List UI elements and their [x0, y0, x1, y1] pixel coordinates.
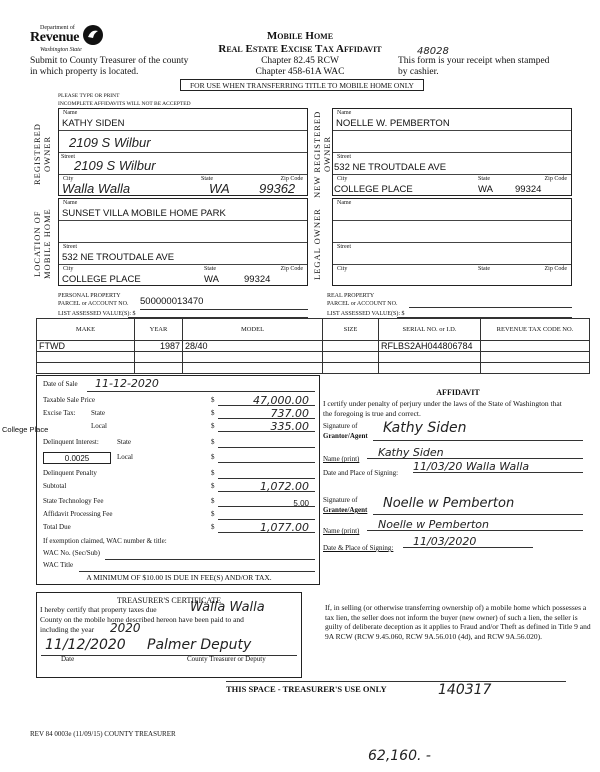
ro-line2-value[interactable]: 2109 S Wilbur — [69, 135, 151, 150]
ro-city-value[interactable]: Walla Walla — [62, 181, 130, 196]
header-make: MAKE — [37, 319, 135, 341]
affidavit-certify: I certify under penalty of perjury under… — [323, 399, 563, 418]
header-model: MODEL — [183, 319, 323, 341]
form-footer: REV 84 0003e (11/09/15) COUNTY TREASURER — [30, 730, 176, 738]
dor-logo: Department of Revenue Washington State — [30, 22, 110, 54]
pp-parcel-label: PARCEL or ACCOUNT NO. — [58, 301, 128, 307]
wac-title-label: WAC Title — [43, 561, 73, 569]
grantee-name-label: Name (print) — [323, 527, 359, 535]
taxable-price-label: Taxable Sale Price — [43, 396, 95, 404]
receipt-line2: by cashier. — [398, 67, 549, 78]
grantor-sig-label2: Grantor/Agent — [323, 432, 368, 440]
legal-owner-label: LEGAL OWNER — [312, 200, 334, 288]
affidavit-title: AFFIDAVIT — [323, 388, 593, 397]
submit-line2: in which property is located. — [30, 67, 188, 78]
subtotal-label: Subtotal — [43, 482, 66, 490]
rp-parcel-row[interactable]: PARCEL or ACCOUNT NO. — [327, 300, 572, 310]
no-name-value[interactable]: NOELLE W. PEMBERTON — [336, 118, 450, 129]
no-line2-row[interactable] — [333, 131, 571, 153]
loc-zip-label: Zip Code — [281, 266, 304, 272]
treasurer-year[interactable]: 2020 — [110, 621, 141, 635]
lo-state-label: State — [478, 266, 490, 272]
fee-box: Date of Sale 11-12-2020 Taxable Sale Pri… — [36, 375, 320, 585]
registered-owner-box: Name KATHY SIDEN 2109 S Wilbur Street 21… — [58, 108, 308, 196]
rp-parcel-label: PARCEL or ACCOUNT NO. — [327, 301, 397, 307]
grantee-sig-label2: Grantee/Agent — [323, 506, 367, 514]
wac-no-label: WAC No. (Sec/Sub) — [43, 549, 100, 557]
receipt-line1: This form is your receipt when stamped — [398, 56, 549, 67]
header-year: YEAR — [135, 319, 183, 341]
excise-tax-label: Excise Tax: — [43, 409, 76, 417]
loc-street-label: Street — [63, 244, 77, 250]
logo-state: Washington State — [40, 47, 82, 53]
cell-tax-code[interactable] — [481, 363, 590, 374]
no-street-row[interactable]: Street 532 NE TROUTDALE AVE — [333, 153, 571, 175]
no-city-value[interactable]: COLLEGE PLACE — [334, 184, 413, 195]
affidavit-fee-label: Affidavit Processing Fee — [43, 510, 112, 518]
loc-name-value[interactable]: SUNSET VILLA MOBILE HOME PARK — [62, 208, 226, 219]
exemption-label-row: If exemption claimed, WAC number & title… — [43, 537, 315, 549]
no-zip-label: Zip Code — [545, 176, 568, 182]
form-title: Mobile Home Real Estate Excise Tax Affid… — [200, 30, 400, 56]
grantee-date-label: Date & Place of Signing: — [323, 544, 393, 552]
tech-fee-row[interactable]: State Technology Fee $ 5.00 — [43, 497, 315, 509]
instructions: PLEASE TYPE OR PRINT INCOMPLETE AFFIDAVI… — [58, 92, 191, 108]
pp-parcel-row[interactable]: PARCEL or ACCOUNT NO. 500000013470 — [58, 300, 308, 310]
location-box: Name SUNSET VILLA MOBILE HOME PARK Stree… — [58, 198, 308, 286]
grantee-date-row[interactable]: Date & Place of Signing: 11/03/2020 — [323, 537, 593, 551]
personal-property: PERSONAL PROPERTY PARCEL or ACCOUNT NO. … — [58, 292, 308, 320]
grantor-signature-row[interactable]: Signature of Grantor/Agent Kathy Siden — [323, 420, 593, 446]
lo-name-label: Name — [337, 200, 351, 206]
total-due-row[interactable]: Total Due $ 1,077.00 — [43, 523, 315, 535]
total-due-label: Total Due — [43, 523, 71, 531]
date-of-sale-row[interactable]: Date of Sale 11-12-2020 — [43, 380, 315, 392]
tech-fee-value[interactable]: 5.00 — [293, 499, 309, 508]
mobile-home-table: MAKE YEAR MODEL SIZE SERIAL NO. or I.D. … — [36, 318, 590, 374]
excise-state-label: State — [91, 409, 105, 417]
wac-title-row[interactable]: WAC Title — [43, 561, 315, 573]
grantee-date-value[interactable]: 11/03/2020 — [413, 535, 476, 548]
delinquent-state-label: State — [117, 438, 131, 446]
cell-size[interactable] — [323, 341, 379, 352]
no-street-label: Street — [337, 154, 351, 160]
cell-make[interactable] — [37, 363, 135, 374]
no-state-value[interactable]: WA — [478, 184, 493, 195]
excise-state-value[interactable]: 737.00 — [271, 407, 310, 420]
rp-title: REAL PROPERTY — [327, 292, 572, 300]
excise-local-value[interactable]: 335.00 — [271, 420, 310, 433]
grantor-date-row[interactable]: Date and Place of Signing: 11/03/20 Wall… — [323, 462, 593, 476]
treasurer-line3: including the year 2020 — [40, 625, 301, 635]
cell-serial[interactable]: RFLBS2AH044806784 — [379, 341, 481, 352]
handwritten-total: 62,160. - — [368, 748, 431, 764]
receipt-note: This form is your receipt when stamped b… — [398, 56, 549, 78]
taxable-price-value[interactable]: 47,000.00 — [253, 394, 309, 407]
treasurer-sign-row[interactable]: 11/12/2020 Palmer Deputy Date County Tre… — [37, 635, 301, 661]
cell-tax-code[interactable] — [481, 341, 590, 352]
loc-name-label: Name — [63, 200, 77, 206]
lo-city-label: City — [337, 266, 347, 272]
please-type: PLEASE TYPE OR PRINT — [58, 92, 191, 100]
no-state-label: State — [478, 176, 490, 182]
delinquent-state-row[interactable]: Delinquent Interest: State $ — [43, 438, 315, 450]
treasurer-text3: including the year — [40, 625, 94, 634]
ro-name-label: Name — [63, 110, 77, 116]
lo-line2-row[interactable] — [333, 221, 571, 243]
no-name-label: Name — [337, 110, 351, 116]
lo-street-label: Street — [337, 244, 351, 250]
cell-year[interactable]: 1987 — [135, 341, 183, 352]
swirl-logo-icon — [82, 24, 104, 46]
cell-year[interactable] — [135, 352, 183, 363]
loc-state-value[interactable]: WA — [204, 274, 219, 285]
grantee-signature-row[interactable]: Signature of Grantee/Agent Noelle w Pemb… — [323, 494, 593, 520]
cell-make[interactable]: FTWD — [37, 341, 135, 352]
loc-city-row[interactable]: City COLLEGE PLACE State WA Zip Code 993… — [59, 265, 307, 287]
header-serial: SERIAL NO. or I.D. — [379, 319, 481, 341]
minimum-note: A MINIMUM OF $10.00 IS DUE IN FEE(S) AND… — [43, 573, 315, 585]
cell-model[interactable]: 28/40 — [183, 341, 323, 352]
ro-state-value[interactable]: WA — [209, 181, 230, 196]
cell-tax-code[interactable] — [481, 352, 590, 363]
cell-model[interactable] — [183, 352, 323, 363]
loc-state-label: State — [204, 266, 216, 272]
treasurer-use-only: THIS SPACE - TREASURER'S USE ONLY — [226, 684, 387, 694]
location-label: LOCATION OF MOBILE HOME — [32, 200, 56, 288]
pp-parcel-value[interactable]: 500000013470 — [140, 298, 203, 306]
table-row: FTWD 1987 28/40 RFLBS2AH044806784 — [37, 341, 590, 352]
exemption-label: If exemption claimed, WAC number & title… — [43, 537, 167, 545]
lo-name-row[interactable]: Name — [333, 199, 571, 221]
ro-street-row[interactable]: Street 2109 S Wilbur — [59, 153, 307, 175]
no-zip-value[interactable]: 99324 — [515, 184, 541, 195]
table-row — [37, 352, 590, 363]
title-line2: Real Estate Excise Tax Affidavit — [200, 43, 400, 56]
cell-make[interactable] — [37, 352, 135, 363]
wac-no-row[interactable]: WAC No. (Sec/Sub) — [43, 549, 315, 561]
incomplete-warning: INCOMPLETE AFFIDAVITS WILL NOT BE ACCEPT… — [58, 100, 191, 108]
legal-owner-box: Name Street City State Zip Code — [332, 198, 572, 286]
loc-name-row[interactable]: Name SUNSET VILLA MOBILE HOME PARK — [59, 199, 307, 221]
submit-instruction: Submit to County Treasurer of the county… — [30, 56, 188, 78]
loc-line2-row[interactable] — [59, 221, 307, 243]
grantor-date-label: Date and Place of Signing: — [323, 469, 398, 477]
treasurer-sig-label: County Treasurer or Deputy — [187, 655, 266, 663]
loc-city-label: City — [63, 266, 73, 272]
ro-city-row[interactable]: City Walla Walla State WA Zip Code 99362 — [59, 175, 307, 197]
loc-city-value[interactable]: COLLEGE PLACE — [62, 274, 141, 285]
rp-assessed-label: LIST ASSESSED VALUE(S): $ — [327, 311, 405, 317]
chapter-wac: Chapter 458-61A WAC — [225, 67, 375, 78]
ro-name-row[interactable]: Name KATHY SIDEN — [59, 109, 307, 131]
grantee-sig-label1: Signature of — [323, 496, 357, 504]
loc-street-row[interactable]: Street 532 NE TROUTDALE AVE — [59, 243, 307, 265]
treasurer-text1: I hereby certify that property taxes due — [40, 605, 157, 614]
grantor-sig-label1: Signature of — [323, 422, 357, 430]
treasurer-line2: County on the mobile home described here… — [40, 615, 301, 625]
tech-fee-label: State Technology Fee — [43, 497, 103, 505]
ro-name-value[interactable]: KATHY SIDEN — [62, 118, 124, 129]
no-street-value[interactable]: 532 NE TROUTDALE AVE — [334, 162, 446, 173]
subtotal-value[interactable]: 1,072.00 — [260, 480, 309, 493]
treasurer-date-label: Date — [61, 655, 74, 663]
loc-street-value[interactable]: 532 NE TROUTDALE AVE — [62, 252, 174, 263]
grantor-signature[interactable]: Kathy Siden — [383, 420, 467, 436]
real-property: REAL PROPERTY PARCEL or ACCOUNT NO. LIST… — [327, 292, 572, 320]
no-name-row[interactable]: Name NOELLE W. PEMBERTON — [333, 109, 571, 131]
treasurer-county[interactable]: Walla Walla — [190, 600, 265, 615]
grantee-name-row[interactable]: Name (print) Noelle w Pemberton — [323, 520, 593, 534]
for-use-banner: FOR USE WHEN TRANSFERRING TITLE TO MOBIL… — [180, 79, 424, 91]
chapters: Chapter 82.45 RCW Chapter 458-61A WAC — [225, 56, 375, 78]
lo-zip-label: Zip Code — [545, 266, 568, 272]
delinquent-local-row[interactable]: Local $ — [43, 453, 315, 465]
treasurer-certificate: TREASURER'S CERTIFICATE I hereby certify… — [36, 592, 302, 678]
header-tax-code: REVENUE TAX CODE NO. — [481, 319, 590, 341]
cell-size[interactable] — [323, 363, 379, 374]
total-due-value[interactable]: 1,077.00 — [260, 521, 309, 534]
treasurer-line1: I hereby certify that property taxes due… — [40, 605, 301, 615]
treasurer-signature[interactable]: Palmer Deputy — [147, 637, 251, 653]
cell-year[interactable] — [135, 363, 183, 374]
lien-notice: If, in selling (or otherwise transferrin… — [325, 603, 595, 641]
treasurer-date[interactable]: 11/12/2020 — [45, 637, 126, 653]
delinquent-local-label: Local — [117, 453, 133, 461]
cell-serial[interactable] — [379, 352, 481, 363]
excise-local-row[interactable]: Local $ 335.00 — [43, 422, 315, 434]
delinquent-interest-label: Delinquent Interest: — [43, 438, 99, 446]
pp-assessed-label: LIST ASSESSED VALUE(S): $ — [58, 311, 136, 317]
penalty-label: Delinquent Penalty — [43, 469, 97, 477]
submit-line1: Submit to County Treasurer of the county — [30, 56, 188, 67]
grantee-name-value[interactable]: Noelle w Pemberton — [378, 518, 489, 531]
date-of-sale-label: Date of Sale — [43, 380, 78, 388]
header-size: SIZE — [323, 319, 379, 341]
table-row — [37, 363, 590, 374]
ro-street-label: Street — [61, 154, 75, 160]
ro-line2-row[interactable]: 2109 S Wilbur — [59, 131, 307, 153]
new-owner-box: Name NOELLE W. PEMBERTON Street 532 NE T… — [332, 108, 572, 196]
grantor-name-value[interactable]: Kathy Siden — [378, 446, 444, 459]
lo-city-row[interactable]: City State Zip Code — [333, 265, 571, 287]
treasurer-number: 140317 — [438, 682, 491, 698]
no-city-label: City — [337, 176, 347, 182]
grantee-signature[interactable]: Noelle w Pemberton — [383, 496, 514, 511]
subtotal-row[interactable]: Subtotal $ 1,072.00 — [43, 482, 315, 494]
ro-street-value[interactable]: 2109 S Wilbur — [74, 158, 156, 173]
grantor-date-value[interactable]: 11/03/20 Walla Walla — [413, 460, 529, 473]
date-of-sale-value[interactable]: 11-12-2020 — [95, 377, 159, 390]
loc-zip-value[interactable]: 99324 — [244, 274, 270, 285]
affidavit-section: AFFIDAVIT I certify under penalty of per… — [323, 388, 593, 551]
excise-local-label: Local — [91, 422, 107, 430]
no-city-row[interactable]: City COLLEGE PLACE State WA Zip Code 993… — [333, 175, 571, 197]
logo-name: Revenue — [30, 30, 79, 46]
registered-owner-label: REGISTERED OWNER — [32, 110, 56, 198]
cell-size[interactable] — [323, 352, 379, 363]
cell-serial[interactable] — [379, 363, 481, 374]
lo-street-row[interactable]: Street — [333, 243, 571, 265]
table-header: MAKE YEAR MODEL SIZE SERIAL NO. or I.D. … — [37, 319, 590, 341]
ro-zip-value[interactable]: 99362 — [259, 181, 295, 196]
title-line1: Mobile Home — [200, 30, 400, 43]
chapter-rcw: Chapter 82.45 RCW — [225, 56, 375, 67]
new-owner-label: NEW REGISTERED OWNER — [312, 108, 334, 200]
cell-model[interactable] — [183, 363, 323, 374]
